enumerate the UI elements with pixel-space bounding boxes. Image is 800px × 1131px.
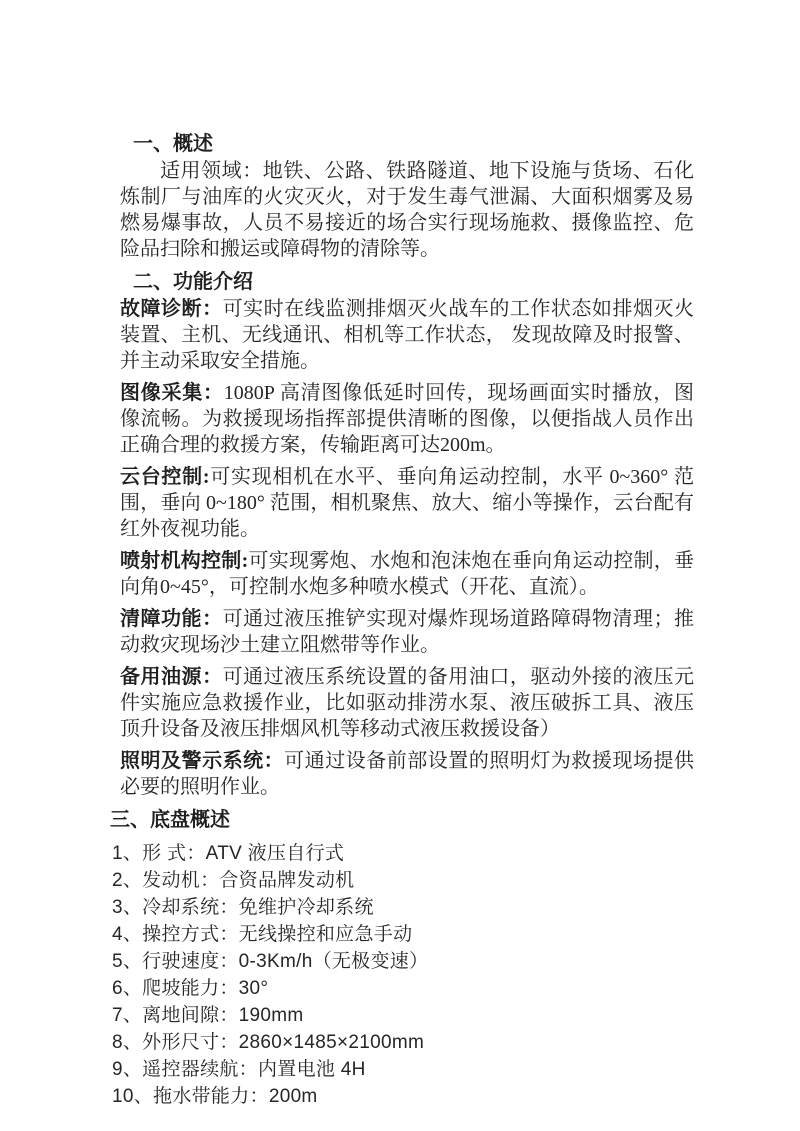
function-item: 照明及警示系统：可通过设备前部设置的照明灯为救援现场提供必要的照明作业。 xyxy=(120,748,694,800)
function-item-label: 备用油源： xyxy=(120,666,223,688)
chassis-spec-item: 8、外形尺寸：2860×1485×2100mm xyxy=(112,1029,694,1056)
function-item: 喷射机构控制:可实现雾炮、水炮和泡沫炮在垂向角运动控制，垂向角0~45°，可控制… xyxy=(120,548,694,600)
chassis-spec-item: 5、行驶速度：0-3Km/h（无极变速） xyxy=(112,948,694,975)
chassis-spec-item: 10、拖水带能力：200m xyxy=(112,1083,694,1110)
chassis-spec-item: 4、操控方式：无线操控和应急手动 xyxy=(112,921,694,948)
function-item-label: 云台控制: xyxy=(120,466,210,488)
chassis-spec-item: 6、爬坡能力：30° xyxy=(112,975,694,1002)
function-item-label: 照明及警示系统： xyxy=(120,750,284,772)
function-item-label: 清障功能： xyxy=(120,608,223,630)
function-item: 云台控制:可实现相机在水平、垂向角运动控制，水平 0~360° 范围，垂向 0~… xyxy=(120,464,694,542)
function-item: 清障功能：可通过液压推铲实现对爆炸现场道路障碍物清理；推动救灾现场沙土建立阻燃带… xyxy=(120,606,694,658)
function-item-label: 图像采集： xyxy=(120,382,224,404)
chassis-spec-item: 7、离地间隙：190mm xyxy=(112,1002,694,1029)
function-item-label: 故障诊断： xyxy=(120,298,223,320)
function-item: 故障诊断：可实时在线监测排烟灭火战车的工作状态如排烟灭火装置、主机、无线通讯、相… xyxy=(120,296,694,374)
function-list: 故障诊断：可实时在线监测排烟灭火战车的工作状态如排烟灭火装置、主机、无线通讯、相… xyxy=(120,296,694,800)
chassis-spec-item: 3、冷却系统：免维护冷却系统 xyxy=(112,894,694,921)
overview-paragraph: 适用领域：地铁、公路、铁路隧道、地下设施与货场、石化炼制厂与油库的火灾灭火，对于… xyxy=(120,158,694,262)
chassis-spec-item: 2、发动机：合资品牌发动机 xyxy=(112,867,694,894)
chassis-spec-list: 1、形 式：ATV 液压自行式2、发动机：合资品牌发动机3、冷却系统：免维护冷却… xyxy=(120,840,694,1110)
chassis-spec-item: 1、形 式：ATV 液压自行式 xyxy=(112,840,694,867)
function-item: 图像采集：1080P 高清图像低延时回传，现场画面实时播放，图像流畅。为救援现场… xyxy=(120,380,694,458)
section-heading-overview: 一、概述 xyxy=(133,130,694,158)
function-item-label: 喷射机构控制: xyxy=(120,550,248,572)
section-heading-functions: 二、功能介绍 xyxy=(133,268,694,296)
document-page: 一、概述 适用领域：地铁、公路、铁路隧道、地下设施与货场、石化炼制厂与油库的火灾… xyxy=(0,0,800,1131)
chassis-spec-item: 9、遥控器续航：内置电池 4H xyxy=(112,1056,694,1083)
function-item: 备用油源：可通过液压系统设置的备用油口，驱动外接的液压元件实施应急救援作业，比如… xyxy=(120,664,694,742)
section-heading-chassis: 三、底盘概述 xyxy=(110,806,694,834)
